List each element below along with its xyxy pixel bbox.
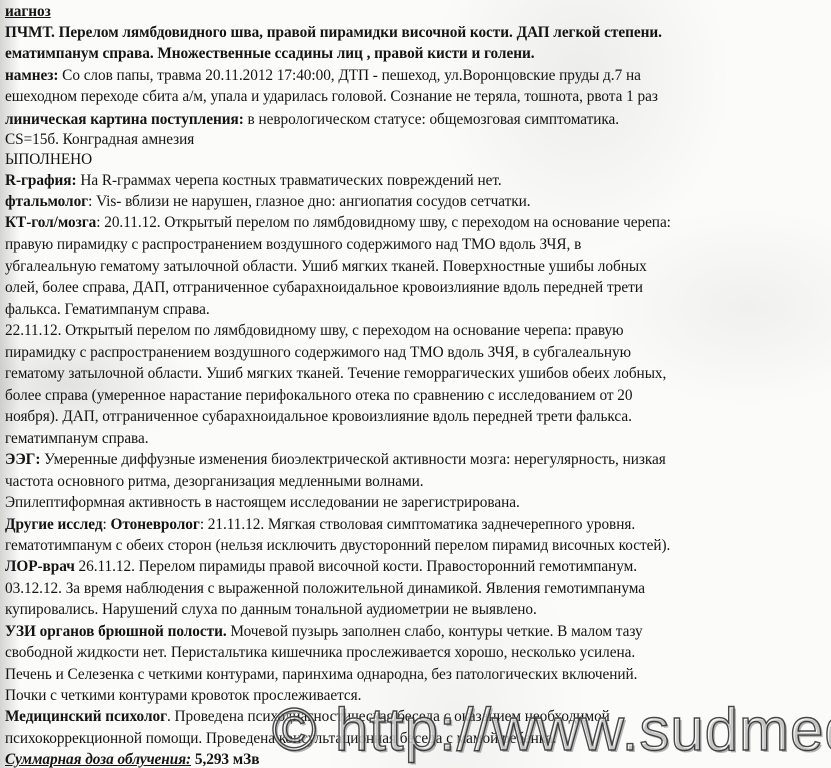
- section-label: Суммарная доза облучения:: [5, 751, 191, 768]
- document-line: более справа (умеренное нарастание периф…: [5, 386, 632, 405]
- section-label: ематимпанум справа. Множественные ссадин…: [5, 45, 535, 62]
- section-label: R-графия:: [5, 172, 77, 189]
- line-text: в неврологическом статусе: общемозговая …: [244, 111, 619, 128]
- document-line: линическая картина поступления: в неврол…: [5, 110, 619, 129]
- line-text: Умеренные диффузные изменения биоэлектри…: [40, 451, 665, 468]
- document-line: гематотимпанум с обеих сторон (нельзя ис…: [5, 536, 670, 555]
- document-line: Медицинский психолог. Проведена психодиа…: [5, 707, 610, 726]
- document-line: намнез: Со слов папы, травма 20.11.2012 …: [5, 66, 641, 85]
- document-line: Эпилептиформная активность в настоящем и…: [5, 493, 520, 512]
- document-line: ЭЭГ: Умеренные диффузные изменения биоэл…: [5, 450, 666, 469]
- line-text: ЫПОЛНЕНО: [5, 151, 92, 168]
- document-line: ПЧМТ. Перелом лямбдовидного шва, правой …: [5, 23, 662, 42]
- line-text: пирамидку с распространением воздушного …: [5, 344, 631, 361]
- section-label: Отоневролог: [111, 516, 200, 533]
- document-line: ноября). ДАП, отграниченное субарахноида…: [5, 407, 632, 426]
- line-text: более справа (умеренное нарастание периф…: [5, 387, 632, 404]
- document-line: КТ-гол/мозга: 20.11.12. Открытый перелом…: [5, 213, 671, 232]
- line-text: гематимпанум справа.: [5, 430, 149, 447]
- line-text: гематому затылочной области. Ушиб мягких…: [5, 365, 666, 382]
- document-line: иагноз: [5, 2, 51, 21]
- line-text: Печень и Селезенка с четкими контурами, …: [5, 666, 637, 683]
- line-text: Со слов папы, травма 20.11.2012 17:40:00…: [58, 67, 640, 84]
- scanned-document-page: иагнозПЧМТ. Перелом лямбдовидного шва, п…: [0, 0, 831, 768]
- document-line: ЛОР-врач 26.11.12. Перелом пирамиды прав…: [5, 557, 637, 576]
- section-label: ЭЭГ:: [5, 451, 40, 468]
- line-text: убгалеальную гематому затылочной области…: [5, 258, 647, 275]
- line-text: купировались. Нарушений слуха по данным …: [5, 601, 537, 618]
- section-label: УЗИ органов брюшной полости.: [5, 623, 227, 640]
- document-line: частота основного ритма, дезорганизация …: [5, 472, 424, 491]
- line-text: Мочевой пузырь заполнен слабо, контуры ч…: [227, 623, 643, 640]
- section-label: фтальмолог: [5, 193, 88, 210]
- document-line: Суммарная доза облучения: 5,293 мЗв: [5, 750, 259, 768]
- section-label: линическая картина поступления:: [5, 111, 244, 128]
- section-label: намнез:: [5, 67, 58, 84]
- document-line: убгалеальную гематому затылочной области…: [5, 257, 647, 276]
- document-line: ЫПОЛНЕНО: [5, 150, 92, 169]
- line-text: . Проведена психодиагностическая беседа …: [167, 708, 610, 725]
- section-label: Медицинский психолог: [5, 708, 167, 725]
- document-line: ематимпанум справа. Множественные ссадин…: [5, 44, 535, 63]
- line-text: Эпилептиформная активность в настоящем и…: [5, 494, 520, 511]
- line-text: психокоррекционной помощи. Проведена кон…: [5, 730, 556, 747]
- document-line: фтальмолог: Vis- вблизи не нарушен, глаз…: [5, 192, 531, 211]
- section-label: КТ-гол/мозга: [5, 214, 96, 231]
- line-text: свободной жидкости нет. Перистальтика ки…: [5, 644, 635, 661]
- document-line: 03.12.12. За время наблюдения с выраженн…: [5, 579, 645, 598]
- document-line: пирамидку с распространением воздушного …: [5, 343, 631, 362]
- section-label: Другие исслед: [5, 516, 103, 533]
- document-line: 22.11.12. Открытый перелом по лямбдовидн…: [5, 321, 624, 340]
- line-text: фалькса. Гематимпанум справа.: [5, 301, 210, 318]
- line-text: : 20.11.12. Открытый перелом по лямбдови…: [96, 214, 671, 231]
- document-line: олей, более справа, ДАП, отграниченное с…: [5, 278, 643, 297]
- line-text: :: [103, 516, 111, 533]
- line-text: правую пирамидку с распространением возд…: [5, 236, 581, 253]
- document-line: УЗИ органов брюшной полости. Мочевой пуз…: [5, 622, 643, 641]
- line-text: 22.11.12. Открытый перелом по лямбдовидн…: [5, 322, 624, 339]
- document-line: фалькса. Гематимпанум справа.: [5, 300, 210, 319]
- document-line: Другие исслед: Отоневролог: 21.11.12. Мя…: [5, 515, 635, 534]
- document-line: Печень и Селезенка с четкими контурами, …: [5, 665, 637, 684]
- line-text: 26.11.12. Перелом пирамиды правой височн…: [75, 558, 637, 575]
- line-text: частота основного ритма, дезорганизация …: [5, 473, 424, 490]
- document-line: купировались. Нарушений слуха по данным …: [5, 600, 537, 619]
- document-line: Почки с четкими контурами кровоток просл…: [5, 686, 361, 705]
- line-text: 03.12.12. За время наблюдения с выраженн…: [5, 580, 645, 597]
- line-text: Почки с четкими контурами кровоток просл…: [5, 687, 361, 704]
- section-label: иагноз: [5, 3, 51, 20]
- document-line: свободной жидкости нет. Перистальтика ки…: [5, 643, 635, 662]
- line-text: ноября). ДАП, отграниченное субарахноида…: [5, 408, 632, 425]
- line-text: : 21.11.12. Мягкая стволовая симптоматик…: [200, 516, 635, 533]
- section-label: ЛОР-врач: [5, 558, 75, 575]
- document-line: ешеходном переходе сбита а/м, упала и уд…: [5, 87, 658, 106]
- document-line: гематому затылочной области. Ушиб мягких…: [5, 364, 666, 383]
- document-line: гематимпанум справа.: [5, 429, 149, 448]
- section-label: ПЧМТ. Перелом лямбдовидного шва, правой …: [5, 24, 662, 41]
- line-text: CS=15б. Конградная амнезия: [5, 131, 194, 148]
- section-label: 5,293 мЗв: [191, 751, 259, 768]
- line-text: ешеходном переходе сбита а/м, упала и уд…: [5, 88, 658, 105]
- document-line: CS=15б. Конградная амнезия: [5, 130, 194, 149]
- document-line: R-графия: На R-граммах черепа костных тр…: [5, 171, 502, 190]
- line-text: олей, более справа, ДАП, отграниченное с…: [5, 279, 643, 296]
- line-text: : Vis- вблизи не нарушен, глазное дно: а…: [88, 193, 530, 210]
- line-text: На R-граммах черепа костных травматическ…: [77, 172, 502, 189]
- document-line: правую пирамидку с распространением возд…: [5, 235, 581, 254]
- document-line: психокоррекционной помощи. Проведена кон…: [5, 729, 556, 748]
- line-text: гематотимпанум с обеих сторон (нельзя ис…: [5, 537, 670, 554]
